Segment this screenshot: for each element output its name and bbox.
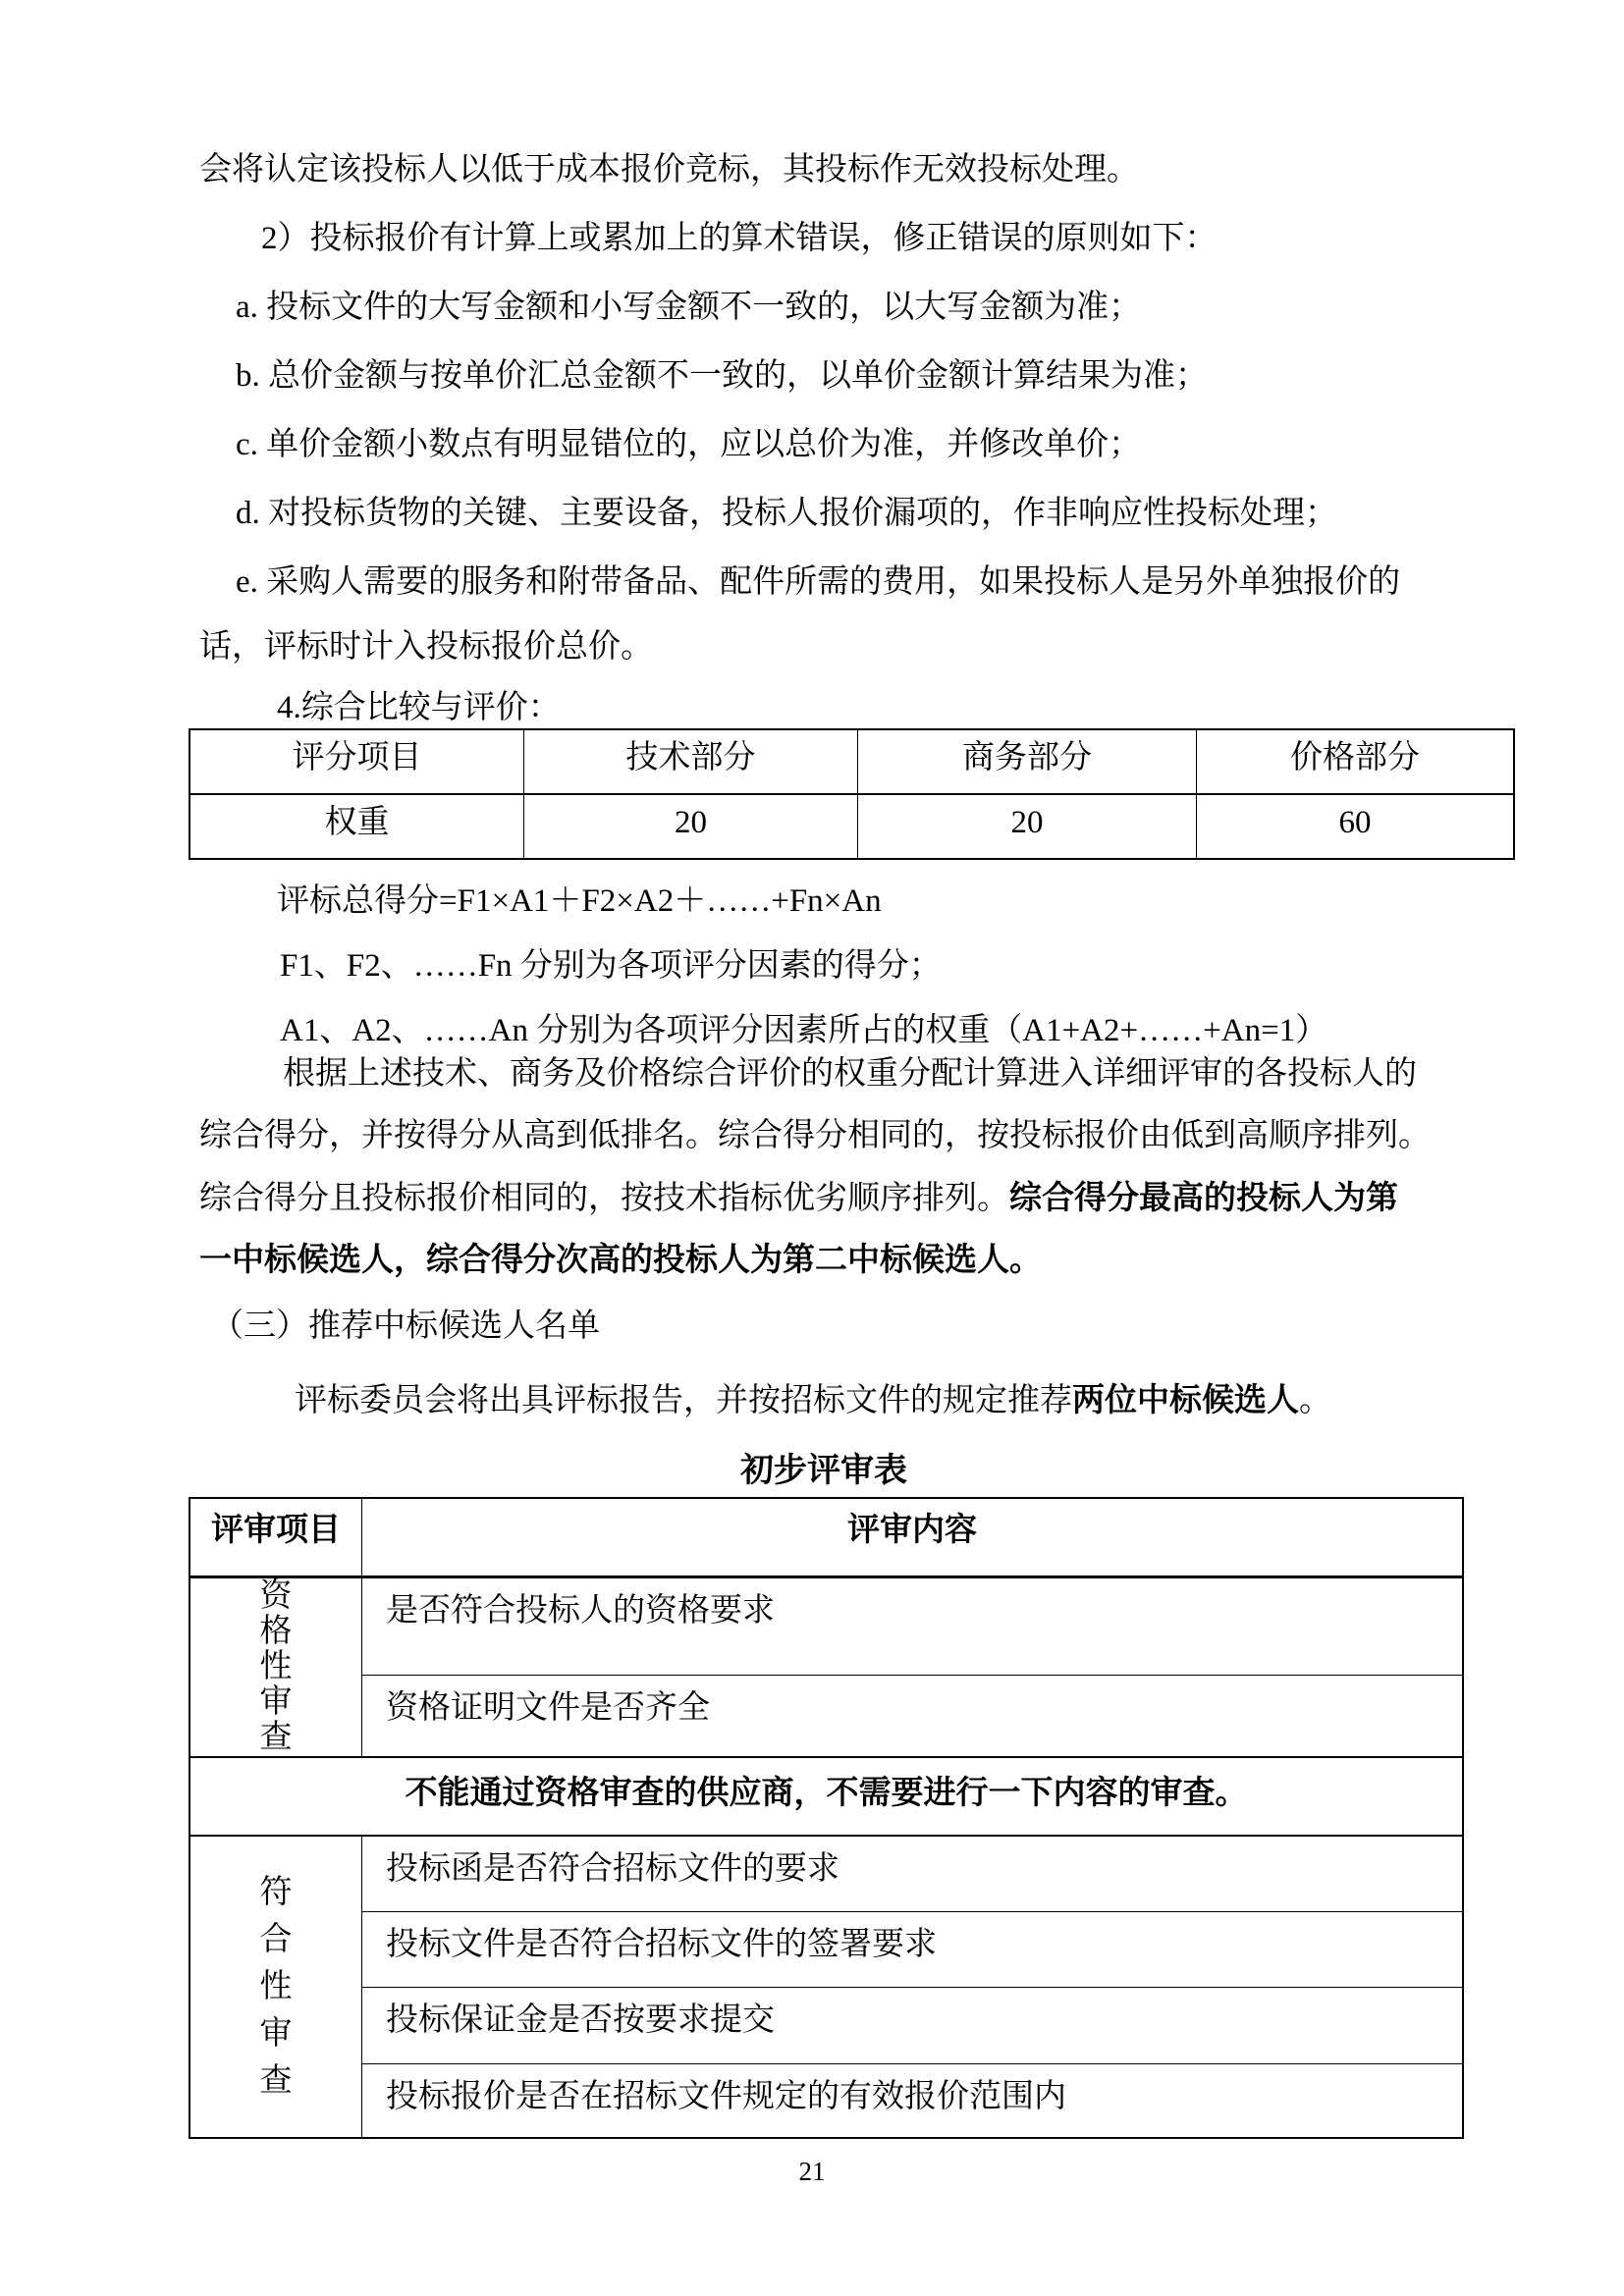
document-page: 会将认定该投标人以低于成本报价竞标，其投标作无效投标处理。 2）投标报价有计算上… [0,0,1624,2296]
recommend-pre: 评标委员会将出具评标报告，并按招标文件的规定推荐 [295,1383,1072,1418]
weight-price: 60 [1197,794,1515,859]
compliance-row-3: 投标保证金是否按要求提交 [189,1988,1463,2064]
ranking-paragraph-line2: 综合得分，并按得分从高到低排名。综合得分相同的，按投标报价由低到高顺序排列。 [199,1118,1431,1153]
heading-item-4: 4.综合比较与评价： [277,690,561,725]
compliance-label-text: 符合性审查 [259,1869,293,2105]
list-item-a: a. 投标文件的大写金额和小写金额不一致的，以大写金额为准； [236,290,1141,325]
list-item-e-line2: 话，评标时计入投标报价总价。 [199,629,653,665]
list-item-d: d. 对投标货物的关键、主要设备，投标人报价漏项的，作非响应性投标处理； [236,496,1337,531]
compliance-row-1: 符合性审查 投标函是否符合招标文件的要求 [189,1836,1463,1912]
ranking-line3-bold: 综合得分最高的投标人为第 [1009,1179,1398,1215]
qualification-content-2: 资格证明文件是否齐全 [362,1676,1464,1757]
compliance-content-4: 投标报价是否在招标文件规定的有效报价范围内 [362,2064,1464,2138]
note-row: 不能通过资格审查的供应商，不需要进行一下内容的审查。 [189,1757,1463,1836]
note-cell: 不能通过资格审查的供应商，不需要进行一下内容的审查。 [189,1757,1463,1836]
list-item-e-line1: e. 采购人需要的服务和附带备品、配件所需的费用，如果投标人是另外单独报价的 [236,564,1400,600]
qualification-label-text: 资格性审查 [259,1578,293,1755]
compliance-content-3: 投标保证金是否按要求提交 [362,1988,1464,2064]
ranking-line3-normal: 综合得分且投标报价相同的，按技术指标优劣顺序排列。 [199,1181,1009,1216]
f-definition: F1、F2、……Fn 分别为各项评分因素的得分； [280,948,942,984]
header-cell-commercial: 商务部分 [858,729,1197,794]
recommend-bold: 两位中标候选人 [1072,1381,1299,1417]
header-cell-review-item: 评审项目 [189,1498,362,1576]
weight-commercial: 20 [858,794,1197,859]
qualification-row-1: 资格性审查 是否符合投标人的资格要求 [189,1576,1463,1676]
score-weight-table: 评分项目 技术部分 商务部分 价格部分 权重 20 20 60 [189,728,1515,860]
list-item-c: c. 单价金额小数点有明显错位的，应以总价为准，并修改单价； [236,427,1141,462]
header-cell-item: 评分项目 [189,729,524,794]
list-item-2: 2）投标报价有计算上或累加上的算术错误，修正错误的原则如下： [261,221,1218,256]
header-cell-review-content: 评审内容 [362,1498,1464,1576]
ranking-paragraph-line1: 根据上述技术、商务及价格综合评价的权重分配计算进入详细评审的各投标人的 [283,1056,1417,1092]
score-weight-table-header-row: 评分项目 技术部分 商务部分 价格部分 [189,729,1514,794]
qualification-content-1: 是否符合投标人的资格要求 [362,1576,1464,1676]
compliance-content-2: 投标文件是否符合招标文件的签署要求 [362,1912,1464,1988]
paragraph-carryover: 会将认定该投标人以低于成本报价竞标，其投标作无效投标处理。 [199,152,1139,187]
total-score-formula: 评标总得分=F1×A1＋F2×A2＋……+Fn×An [277,883,882,919]
qualification-group-label: 资格性审查 [189,1576,362,1757]
ranking-paragraph-line4: 一中标候选人，综合得分次高的投标人为第二中标候选人。 [199,1242,1042,1277]
compliance-group-label: 符合性审查 [189,1836,362,2138]
recommend-post: 。 [1299,1383,1331,1418]
section-3-heading: （三）推荐中标候选人名单 [211,1308,600,1344]
ranking-paragraph-line3: 综合得分且投标报价相同的，按技术指标优劣顺序排列。综合得分最高的投标人为第 [199,1180,1398,1216]
compliance-row-2: 投标文件是否符合招标文件的签署要求 [189,1912,1463,1988]
weight-technical: 20 [524,794,858,859]
preliminary-table-header-row: 评审项目 评审内容 [189,1498,1463,1576]
a-definition: A1、A2、……An 分别为各项评分因素所占的权重（A1+A2+……+An=1） [280,1013,1327,1048]
list-item-b: b. 总价金额与按单价汇总金额不一致的，以单价金额计算结果为准； [236,358,1208,394]
recommend-line: 评标委员会将出具评标报告，并按招标文件的规定推荐两位中标候选人。 [295,1382,1331,1418]
compliance-content-1: 投标函是否符合招标文件的要求 [362,1836,1464,1912]
header-cell-price: 价格部分 [1197,729,1515,794]
weight-row-label: 权重 [189,794,524,859]
page-number: 21 [0,2157,1624,2187]
header-cell-technical: 技术部分 [524,729,858,794]
qualification-row-2: 资格证明文件是否齐全 [189,1676,1463,1757]
score-weight-table-data-row: 权重 20 20 60 [189,794,1514,859]
compliance-row-4: 投标报价是否在招标文件规定的有效报价范围内 [189,2064,1463,2138]
preliminary-table-title: 初步评审表 [189,1443,1459,1491]
preliminary-review-table: 评审项目 评审内容 资格性审查 是否符合投标人的资格要求 资格证明文件是否齐全 … [189,1497,1464,2139]
